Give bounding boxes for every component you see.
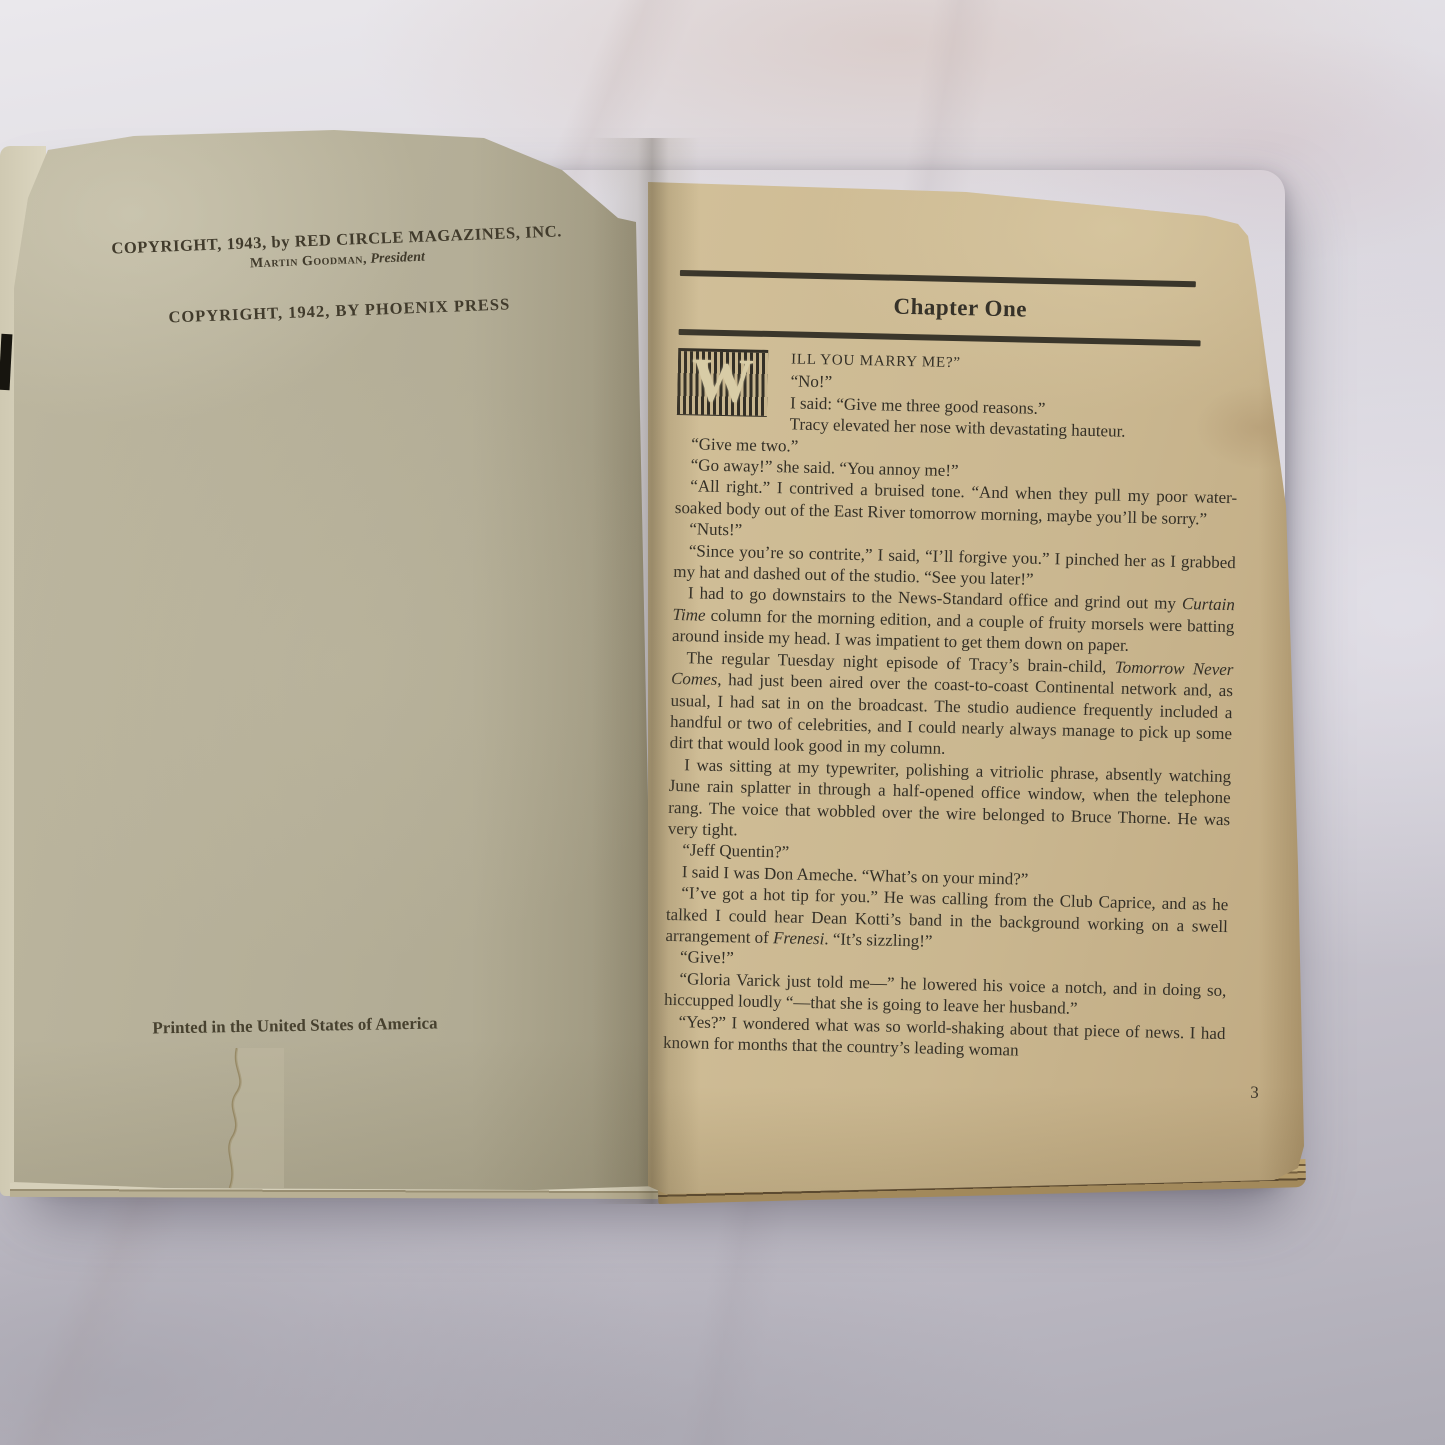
page-tear [174,1048,284,1198]
copyright-block: COPYRIGHT, 1943, by RED CIRCLE MAGAZINES… [90,221,585,331]
publisher-president-name: Martin Goodman, [250,252,368,271]
chapter-content: Chapter One W ILL YOU MARRY ME?” “No!” I… [663,270,1242,1065]
page-number: 3 [1250,1083,1259,1103]
paragraph-text: “Jeff Quentin?” [682,841,789,862]
left-page: COPYRIGHT, 1943, by RED CIRCLE MAGAZINES… [14,128,666,1200]
paragraph-text-italic: Frenesi [773,928,825,948]
drop-cap-ornament: W [677,348,768,417]
publisher-president-title: President [370,250,425,267]
body-paragraph: I was sitting at my typewriter, polishin… [668,754,1232,852]
paragraph-text: “Nuts!” [689,520,742,540]
paragraph-text: “Give!” [680,948,734,968]
photo-of-open-book: COPYRIGHT, 1943, by RED CIRCLE MAGAZINES… [0,0,1445,1445]
copyright-line-2: COPYRIGHT, 1942, BY PHOENIX PRESS [93,292,585,331]
drop-cap-letter: W [691,346,754,415]
chapter-body-text: W ILL YOU MARRY ME?” “No!” I said: “Give… [663,347,1240,1065]
body-paragraph: I had to go downstairs to the News-Stand… [672,582,1235,658]
right-page: Chapter One W ILL YOU MARRY ME?” “No!” I… [646,166,1312,1212]
paragraph-text: I was sitting at my typewriter, polishin… [668,755,1232,839]
paragraph-text: “I’ve got a hot tip for you.” He was cal… [665,883,1228,947]
body-paragraph: The regular Tuesday night episode of Tra… [669,647,1233,766]
paragraph-text: , had just been aired over the coast-to-… [669,670,1233,758]
paragraph-text: column for the morning edition, and a co… [672,606,1235,656]
printed-in-usa-note: Printed in the United States of America [100,1013,490,1040]
body-paragraph: “I’ve got a hot tip for you.” He was cal… [665,882,1228,958]
paragraph-text: . “It’s sizzling!” [824,929,932,950]
